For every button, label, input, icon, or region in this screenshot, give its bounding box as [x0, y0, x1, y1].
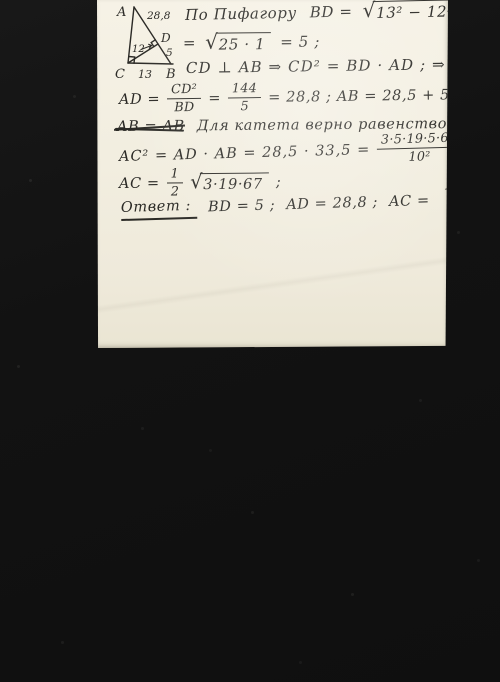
fraction-denominator: BD	[174, 99, 194, 115]
answer-ac-radicand: 3·19·67	[452, 181, 500, 202]
altitude-cd-length: 12	[132, 44, 145, 55]
ac-equation-lhs: AC =	[119, 175, 160, 192]
segment-cb-length: 13	[138, 68, 152, 81]
scanned-page-background: A 28,8 D 5 12 C 13 B По Пифагору BD = √ …	[0, 0, 500, 682]
notebook-paper: A 28,8 D 5 12 C 13 B По Пифагору BD = √ …	[97, 0, 448, 348]
144-over-5-fraction: 144 5	[228, 82, 262, 114]
vertex-label-b: B	[165, 67, 176, 82]
answer-ac-fraction: √ 3·19·67 2	[440, 181, 500, 218]
bd-radical: √ 13² − 12²	[362, 0, 460, 23]
answer-ac-lhs: AC =	[389, 193, 430, 211]
cd-squared-over-bd-fraction: CD² BD	[167, 83, 201, 115]
vertex-label-a: A	[116, 5, 126, 20]
point-label-d: D	[160, 31, 171, 45]
bd-result: = 5 ;	[280, 34, 320, 52]
semicolon: ;	[468, 139, 474, 156]
solution-line-pythagoras: По Пифагору BD = √ 13² − 12² =	[185, 0, 486, 26]
sqrt-sign: √	[362, 2, 376, 19]
fraction-denominator: 5	[240, 99, 249, 115]
fraction-denominator: 10²	[408, 149, 431, 165]
bd-radical-simplified: √ 25 · 1	[205, 32, 271, 54]
scanner-dust-speckles	[0, 0, 1, 1]
solution-line-perpendicular: CD ⊥ AB ⇒ CD² = BD · AD ; ⇒	[186, 56, 446, 77]
sqrt-sign: √	[444, 184, 456, 199]
bd-radicand: 13² − 12²	[373, 0, 460, 22]
answer-label: Ответ :	[121, 197, 198, 221]
fraction-numerator: 1	[167, 167, 184, 184]
answer-bd-value: BD = 5 ;	[208, 197, 276, 216]
triangle-diagram: A 28,8 D 5 12 C 13 B	[103, 0, 188, 85]
fraction-numerator: √ 3·19·67	[440, 181, 500, 203]
segment-ad-length: 28,8	[146, 10, 171, 22]
sqrt-sign: √	[205, 34, 219, 51]
solution-line-ad: AD = CD² BD = 144 5 = 28,8 ; AB = 28,5 +…	[119, 78, 500, 115]
line1-continuation-equals: =	[473, 1, 487, 19]
product-over-100-fraction: 3·5·19·5·67 10²	[377, 131, 462, 165]
fraction-denominator: 2	[481, 201, 490, 217]
answer-ad-value: AD = 28,8 ;	[286, 194, 378, 213]
solution-line-bd-result: = √ 25 · 1 = 5 ;	[183, 32, 320, 55]
bd-radicand-simplified: 25 · 1	[216, 32, 272, 54]
line2-leading-equals: =	[183, 35, 196, 52]
ad-ab-results: = 28,8 ; AB = 28,5 + 5 = 33,5 ;	[268, 86, 500, 106]
sqrt-sign: √	[190, 174, 203, 191]
crossed-out-text: AB = AB	[117, 118, 185, 135]
perpendicular-statement: CD ⊥ AB ⇒ CD² = BD · AD ; ⇒	[186, 56, 446, 77]
equals-sign: =	[208, 90, 221, 107]
fraction-numerator: 3·5·19·5·67	[377, 131, 462, 150]
segment-db-length: 5	[166, 47, 173, 59]
bd-equation-lhs: BD =	[310, 3, 353, 21]
answer-ac-radical: √ 3·19·67	[444, 181, 500, 202]
method-label: По Пифагору	[185, 5, 297, 25]
fraction-numerator: 144	[228, 82, 261, 99]
fraction-numerator: CD²	[167, 83, 201, 100]
ad-equation-lhs: AD =	[119, 91, 160, 108]
triangle-side-cb	[128, 63, 173, 64]
ac-squared-lhs: AC² = AD · AB = 28,5 · 33,5 =	[119, 142, 371, 166]
vertex-label-c: C	[115, 67, 125, 82]
